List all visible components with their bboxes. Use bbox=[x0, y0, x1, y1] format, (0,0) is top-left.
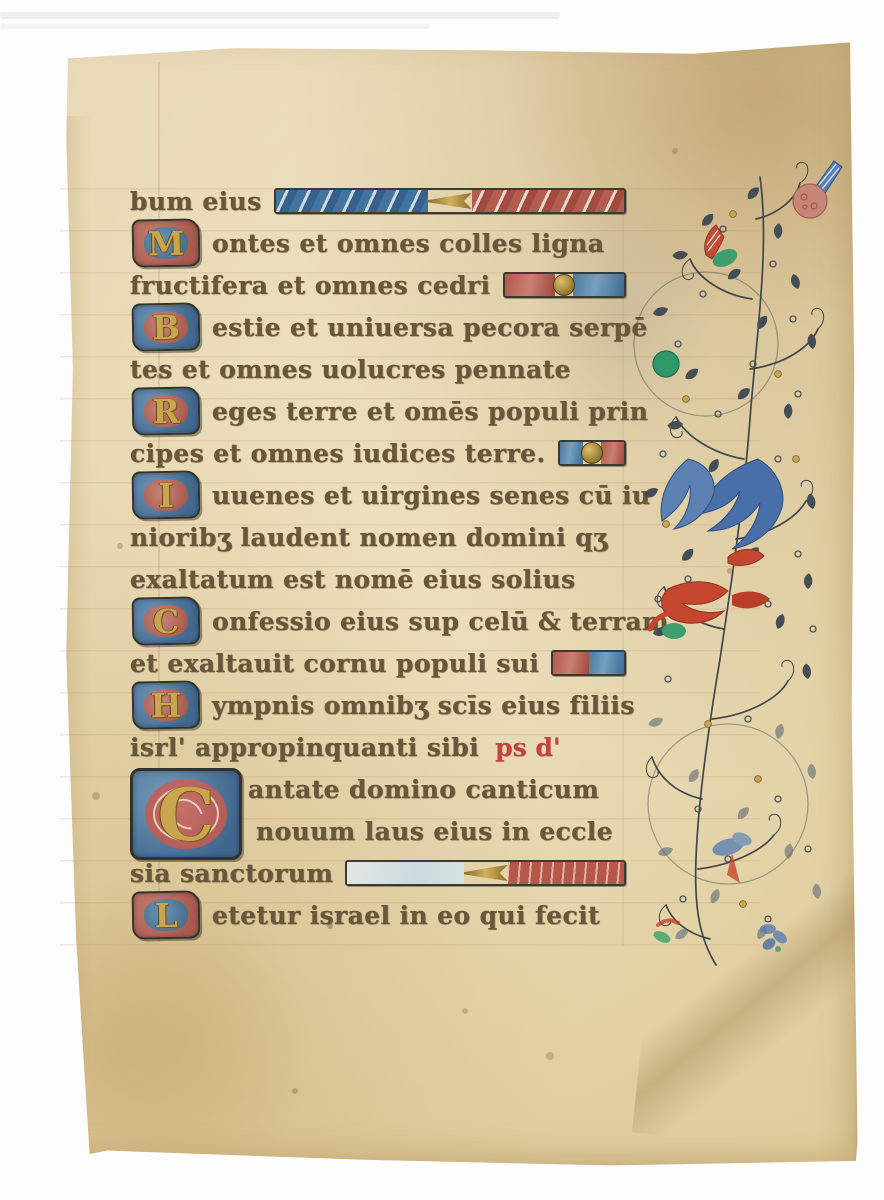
manuscript-text: ontes et omnes colles ligna bbox=[212, 229, 604, 258]
text-line: Letetur israel in eo qui fecit bbox=[130, 894, 630, 936]
manuscript-text: estie et uniuersa pecora serpē bbox=[212, 313, 648, 342]
manuscript-text: nouum laus eius in eccle bbox=[256, 817, 613, 846]
blue-acanthus-leaf bbox=[661, 459, 783, 549]
seed-pods bbox=[655, 226, 816, 922]
green-berry bbox=[653, 351, 679, 377]
filler-segment-goldleaf bbox=[464, 865, 508, 881]
scanner-streak bbox=[0, 24, 430, 29]
manuscript-text: eges terre et omēs populi prin bbox=[212, 397, 648, 426]
manuscript-text: ympnis omnibʒ scīs eius filiis bbox=[212, 691, 635, 720]
ivy-leaves-faded bbox=[648, 717, 823, 940]
illuminated-initial: I bbox=[132, 470, 201, 519]
filler-segment-solidred bbox=[505, 274, 556, 296]
blue-flower-cluster bbox=[760, 924, 789, 952]
illuminated-initial: H bbox=[132, 680, 201, 729]
red-green-sprig bbox=[652, 920, 678, 945]
text-line: isrl' appropinquanti sibips d' bbox=[130, 726, 630, 768]
filler-segment-redfol bbox=[508, 862, 624, 884]
initial-letter: R bbox=[134, 388, 199, 433]
filler-segment-goldball bbox=[553, 274, 575, 296]
manuscript-text: nioribʒ laudent nomen domini qʒ bbox=[130, 523, 608, 552]
text-line: Iuuenes et uirgines senes cū iu bbox=[130, 474, 630, 516]
scanner-streak bbox=[0, 12, 560, 19]
manuscript-text: uuenes et uirgines senes cū iu bbox=[212, 481, 651, 510]
illuminated-initial: C bbox=[132, 596, 201, 645]
strawberry-flower bbox=[793, 161, 842, 218]
text-line: cipes et omnes iudices terre. bbox=[130, 432, 630, 474]
initial-letter: M bbox=[134, 220, 199, 265]
filler-segment-goldleaf bbox=[428, 193, 472, 209]
manuscript-text: exaltatum est nomē eius solius bbox=[130, 565, 576, 594]
text-line: exaltatum est nomē eius solius bbox=[130, 558, 630, 600]
line-filler bbox=[558, 440, 626, 466]
text-line: Hympnis omnibʒ scīs eius filiis bbox=[130, 684, 630, 726]
manuscript-text: tes et omnes uolucres pennate bbox=[130, 355, 571, 384]
text-line: tes et omnes uolucres pennate bbox=[130, 348, 630, 390]
text-line: nioribʒ laudent nomen domini qʒ bbox=[130, 516, 630, 558]
text-line: bum eius bbox=[130, 180, 630, 222]
filler-segment-goldball bbox=[581, 442, 603, 464]
line-filler bbox=[345, 860, 626, 886]
illuminated-initial: B bbox=[132, 302, 201, 351]
manuscript-text: sia sanctorum bbox=[130, 859, 333, 888]
manuscript-text: bum eius bbox=[130, 187, 262, 216]
manuscript-text: et exaltauit cornu populi sui bbox=[130, 649, 539, 678]
scanner-background: bum eiusMontes et omnes colles lignafruc… bbox=[0, 0, 884, 1200]
filler-segment-pale bbox=[347, 862, 463, 884]
text-line: sia sanctorum bbox=[130, 852, 630, 894]
illuminated-initial: R bbox=[132, 386, 201, 435]
text-line: Montes et omnes colles ligna bbox=[130, 222, 630, 264]
initial-letter: L bbox=[134, 892, 199, 937]
manuscript-text: isrl' appropinquanti sibi bbox=[130, 733, 479, 762]
manuscript-text: antate domino canticum bbox=[248, 775, 599, 804]
filler-segment-solidblue bbox=[573, 274, 624, 296]
initial-letter: H bbox=[134, 682, 199, 727]
manuscript-text: fructifera et omnes cedri bbox=[130, 271, 491, 300]
text-line: Reges terre et omēs populi prin bbox=[130, 390, 630, 432]
filler-segment-solidred bbox=[553, 652, 588, 674]
floral-border-artwork bbox=[628, 158, 860, 980]
text-line: et exaltauit cornu populi sui bbox=[130, 642, 630, 684]
blue-flower-red-tail bbox=[710, 830, 753, 883]
line-filler bbox=[551, 650, 626, 676]
manuscript-text: onfessio eius sup celū & terram bbox=[212, 607, 669, 636]
text-line: Confessio eius sup celū & terram bbox=[130, 600, 630, 642]
manuscript-text: cipes et omnes iudices terre. bbox=[130, 439, 546, 468]
manuscript-text: etetur israel in eo qui fecit bbox=[212, 901, 600, 930]
text-line: Cantate domino canticum bbox=[130, 768, 630, 810]
filler-segment-zigblue bbox=[276, 190, 428, 212]
rubric-psalm-marker: ps d' bbox=[495, 733, 560, 762]
initial-letter: I bbox=[134, 472, 199, 517]
initial-letter: C bbox=[134, 598, 199, 643]
filler-segment-solidred bbox=[601, 442, 624, 464]
line-filler bbox=[274, 188, 626, 214]
initial-letter: B bbox=[134, 304, 199, 349]
illuminated-initial: M bbox=[132, 218, 201, 267]
line-filler bbox=[503, 272, 626, 298]
text-line: nouum laus eius in eccle bbox=[130, 810, 630, 852]
filler-segment-solidblue bbox=[589, 652, 624, 674]
illuminated-initial: L bbox=[132, 890, 201, 939]
filler-segment-solidblue bbox=[560, 442, 583, 464]
text-line: Bestie et uniuersa pecora serpē bbox=[130, 306, 630, 348]
filler-segment-zigred bbox=[472, 190, 624, 212]
text-line: fructifera et omnes cedri bbox=[130, 264, 630, 306]
text-block: bum eiusMontes et omnes colles lignafruc… bbox=[130, 180, 630, 936]
